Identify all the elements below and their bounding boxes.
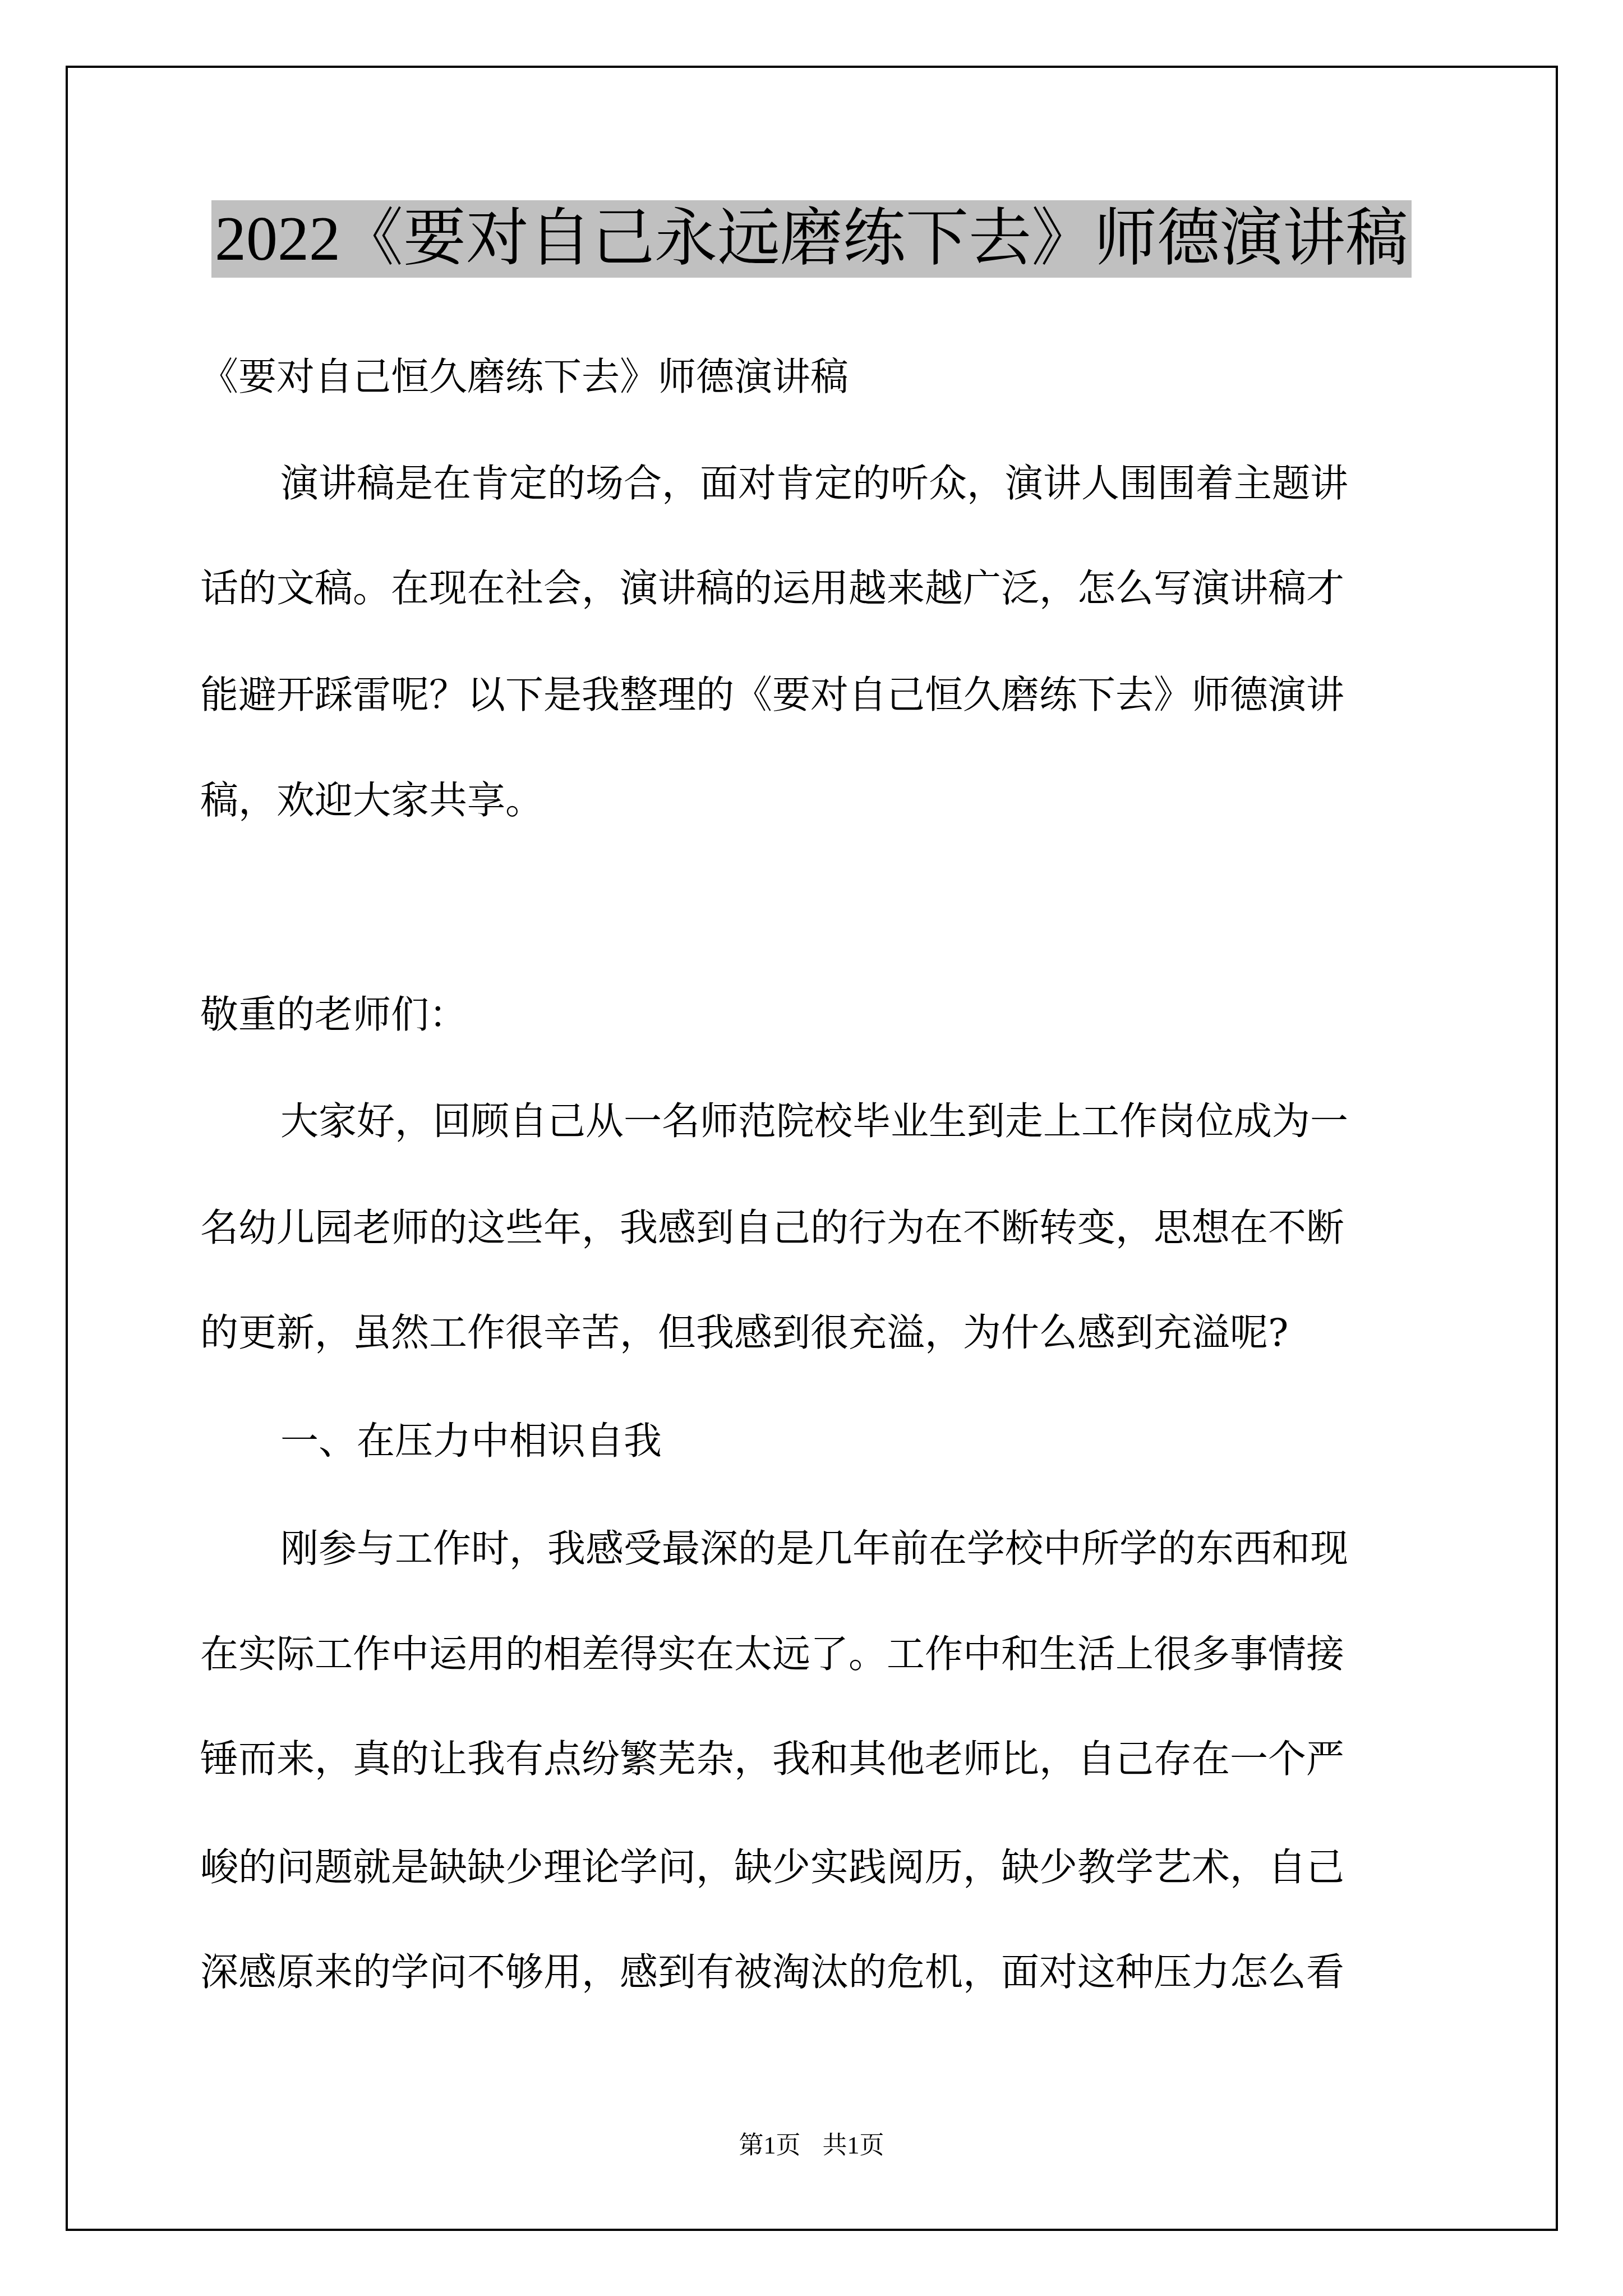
intro-line-1: 演讲稿是在肯定的场合，面对肯定的听众，演讲人围围着主题讲: [280, 462, 1514, 507]
body-line-6: 在实际工作中运用的相差得实在太远了。工作中和生活上很多事情接: [200, 1632, 1434, 1677]
body-line-1: 大家好，回顾自己从一名师范院校毕业生到走上工作岗位成为一: [280, 1099, 1514, 1144]
salutation: 敬重的老师们：: [200, 993, 1434, 1038]
intro-line-3: 能避开踩雷呢？以下是我整理的《要对自己恒久磨练下去》师德演讲: [200, 673, 1434, 718]
section-heading-1: 一、在压力中相识自我: [280, 1419, 1514, 1464]
body-line-8: 峻的问题就是缺缺少理论学问，缺少实践阅历，缺少教学艺术，自己: [200, 1846, 1434, 1890]
intro-line-4: 稿，欢迎大家共享。: [200, 779, 1434, 823]
page-number-total: 共1页: [823, 2132, 884, 2159]
body-line-3: 的更新，虽然工作很辛苦，但我感到很充溢，为什么感到充溢呢?: [200, 1311, 1434, 1356]
body-line-9: 深感原来的学问不够用，感到有被淘汰的危机，面对这种压力怎么看: [200, 1950, 1434, 1995]
document-title: 2022《要对自己永远磨练下去》师德演讲稿: [211, 200, 1412, 278]
page-number-current: 第1页: [739, 2132, 801, 2159]
page-footer: 第1页 共1页: [0, 2132, 1623, 2160]
body-line-7: 锤而来，真的让我有点纷繁芜杂，我和其他老师比，自己存在一个严: [200, 1737, 1434, 1782]
intro-line-2: 话的文稿。在现在社会，演讲稿的运用越来越广泛，怎么写演讲稿才: [200, 567, 1434, 611]
document-subtitle: 《要对自己恒久磨练下去》师德演讲稿: [200, 355, 1434, 400]
body-line-2: 名幼儿园老师的这些年，我感到自己的行为在不断转变，思想在不断: [200, 1206, 1434, 1251]
body-line-5: 刚参与工作时，我感受最深的是几年前在学校中所学的东西和现: [280, 1527, 1514, 1572]
title-container: 2022《要对自己永远磨练下去》师德演讲稿: [0, 200, 1623, 278]
